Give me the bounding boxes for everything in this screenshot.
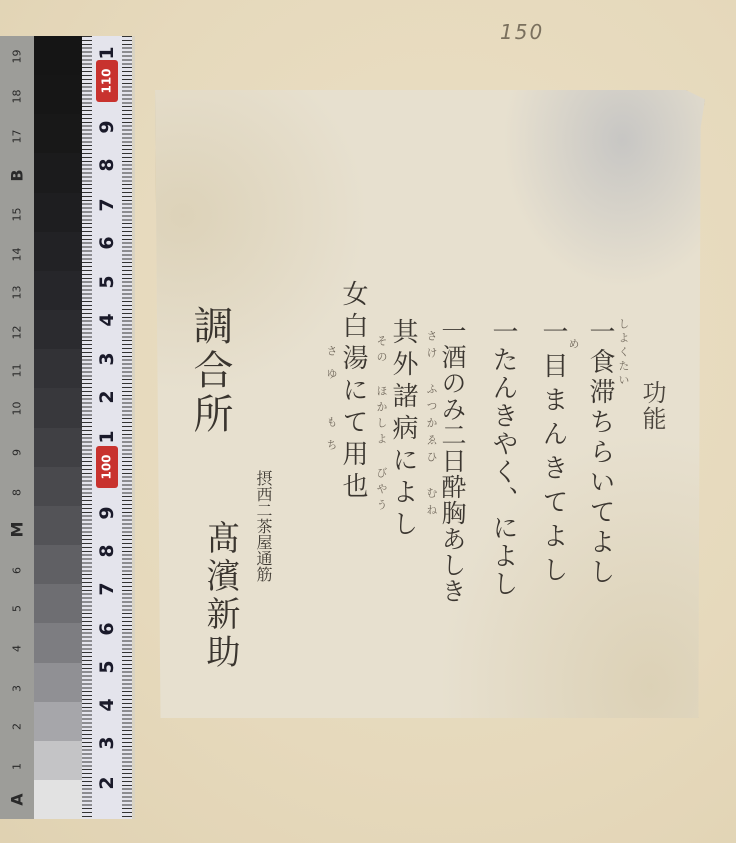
furigana: さゆ もち [323,345,339,462]
gray-label: 5 [11,595,24,623]
gray-patch [34,36,82,75]
ruler-number: 4 [96,305,118,335]
gray-label: 9 [11,439,24,467]
ruler-number: 8 [96,150,118,180]
gray-label: 13 [11,279,24,307]
gray-label: 2 [11,713,24,741]
ruler-number: 5 [96,652,118,682]
ruler-number: 6 [96,228,118,258]
gray-patch [34,545,82,584]
gray-patch [34,153,82,192]
gray-label: A [8,786,27,814]
grayscale-patches [34,36,82,819]
furigana: その ほかしよ びやう [373,335,389,515]
gray-patch [34,623,82,662]
gray-label: 4 [11,635,24,663]
ruler-number: 3 [96,344,118,374]
gray-label-strip: 19 18 17 B 15 14 13 12 11 10 9 8 M 6 5 4… [0,36,34,819]
gray-patch [34,663,82,702]
gray-patch [34,232,82,271]
gray-patch [34,702,82,741]
document-title: 功能 [640,380,664,432]
ruler-number: 7 [96,190,118,220]
ruler-number: 9 [96,112,118,142]
gray-patch [34,467,82,506]
color-scale-ruler: 19 18 17 B 15 14 13 12 11 10 9 8 M 6 5 4… [0,36,140,819]
gray-label: 3 [11,675,24,703]
ruler-number: 4 [96,690,118,720]
gray-label: 17 [11,123,24,151]
ruler-number: 5 [96,267,118,297]
document-paper: 功能 一食滞ちらいてよし しよくたい 一目まんきてよし め 一たんきやく、によし… [155,90,705,718]
efficacy-line: 其外諸病によし [390,318,416,542]
gray-patch [34,388,82,427]
gray-patch [34,741,82,780]
maker-name: 髙濱新助 [203,520,237,672]
gray-label: 15 [11,201,24,229]
ruler-badge: 100 [96,446,118,488]
gray-label: 11 [11,357,24,385]
gray-label: 12 [11,319,24,347]
ruler-number: 2 [96,382,118,412]
ruler-badge: 110 [96,60,118,102]
efficacy-line: 一目まんきてよし [540,318,566,590]
gray-label: 10 [11,395,24,423]
gray-patch [34,428,82,467]
gray-patch [34,193,82,232]
gray-label: M [8,516,27,544]
efficacy-line: 女白湯にて用也 [340,280,366,504]
ruler-number: 3 [96,728,118,758]
ruler-number: 6 [96,614,118,644]
gray-patch [34,780,82,819]
furigana: め [565,338,581,352]
gray-patch [34,271,82,310]
maker-address: 摂西二茶屋通筋 [255,470,271,582]
gray-patch [34,310,82,349]
gray-label: 8 [11,479,24,507]
gray-label: 6 [11,557,24,585]
efficacy-line: 一たんきやく、によし [490,318,516,598]
gray-patch [34,349,82,388]
maker-label: 調合所 [190,305,230,437]
gray-label: 18 [11,83,24,111]
ruler-number: 9 [96,498,118,528]
efficacy-line: 一酒のみ二日酔胸あしき [440,318,465,604]
efficacy-line: 一食滞ちらいてよし [587,318,613,588]
ruler-number: 2 [96,768,118,798]
ruler: 1 110 9 8 7 6 5 4 3 2 1 100 9 8 7 6 5 4 … [82,36,135,819]
ruler-number: 8 [96,536,118,566]
gray-patch [34,506,82,545]
gray-label: 1 [11,753,24,781]
gray-label: 19 [11,43,24,71]
gray-patch [34,114,82,153]
gray-patch [34,584,82,623]
furigana: しよくたい [615,318,631,388]
ruler-number: 7 [96,574,118,604]
gray-patch [34,75,82,114]
folio-number: 150 [500,20,544,44]
gray-label: B [8,162,27,190]
gray-label: 14 [11,241,24,269]
furigana: さけ ふつかゑひ むね [423,330,439,521]
